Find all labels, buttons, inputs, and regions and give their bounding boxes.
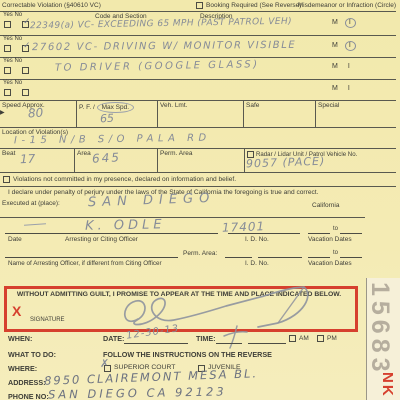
yes-checkbox-4[interactable] (4, 89, 11, 96)
divider (0, 79, 396, 80)
divider (0, 186, 396, 187)
yes-no-label: Yes No (3, 80, 22, 87)
divider (0, 57, 396, 58)
not-committed-label: Violations not committed in my presence,… (13, 176, 236, 183)
address-label: ADDRESS: (8, 378, 46, 387)
divider (244, 148, 245, 172)
violation-3-handwriting: TO DRIVER (GOOGLE GLASS) (55, 59, 260, 74)
violation-1-handwriting: 22349(a) VC- EXCEEDING 65 MPH (PAST PATR… (30, 17, 292, 32)
divider (76, 100, 77, 127)
divider (74, 148, 75, 172)
am-label: AM (299, 335, 309, 342)
safe-label: Safe (246, 102, 259, 109)
perm-area-label-2: Perm. Area: (183, 250, 217, 257)
when-label: WHEN: (8, 334, 32, 343)
signature-line[interactable] (5, 233, 218, 234)
phone-row-handwriting: SAN DIEGO CA 92123 (48, 384, 227, 400)
special-label: Special (318, 102, 339, 109)
to-label: to (333, 226, 338, 233)
vacation-line-2[interactable] (340, 233, 362, 234)
signature-x-mark: X (12, 303, 21, 319)
divider (157, 100, 158, 127)
signature-label: SIGNATURE (30, 317, 65, 324)
divider (315, 100, 316, 127)
location-value: I-15 N/B S/O PALA RD (14, 133, 211, 147)
date-label: Date (8, 236, 22, 243)
to-label-2: to (333, 250, 338, 257)
correctable-violation-label: Correctable Violation (§40610 VC) (2, 2, 101, 9)
phone-label: PHONE NO: (8, 392, 49, 400)
citation-number: 15683 (366, 282, 394, 374)
executed-at-label: Executed at (place): (2, 200, 60, 207)
pencil-dash (24, 223, 46, 226)
am-checkbox[interactable] (289, 335, 296, 342)
perm-area-line-1[interactable] (225, 257, 252, 258)
date-line[interactable] (124, 343, 188, 344)
pm-checkbox[interactable] (317, 335, 324, 342)
citing-officer-value: K. ODLE (85, 217, 166, 233)
divider (0, 148, 396, 149)
misdemeanor-infraction-marks-4: MI (332, 85, 354, 92)
arresting-officer-line[interactable] (5, 257, 178, 258)
divider (0, 100, 396, 101)
no-checkbox-3[interactable] (22, 67, 29, 74)
yes-checkbox-2[interactable] (4, 45, 11, 52)
divider (243, 100, 244, 127)
time-line-1[interactable] (216, 343, 242, 344)
citation-form: Correctable Violation (§40610 VC) Bookin… (0, 0, 400, 400)
speed-approx-value: 80 (28, 105, 44, 120)
divider (0, 172, 396, 173)
arresting-officer-label: Name of Arresting Officer, if different … (8, 260, 162, 267)
infraction-circled-2: I (345, 41, 356, 51)
divider (0, 11, 396, 12)
perm-area-label: Perm. Area (160, 150, 193, 157)
yes-no-label: Yes No (3, 12, 22, 19)
divider (0, 127, 396, 128)
arresting-citing-officer-label: Arresting or Citing Officer (65, 236, 138, 243)
no-checkmark-2: ✓ (23, 41, 31, 51)
area-label: Area (77, 150, 91, 157)
booking-required-checkbox[interactable] (196, 2, 203, 9)
vacation-dates-label: Vacation Dates (308, 236, 352, 243)
where-label: WHERE: (8, 364, 37, 373)
yes-no-label: Yes No (3, 36, 22, 43)
date-field-label: DATE: (103, 334, 124, 343)
area-value: 645 (92, 150, 122, 165)
divider (0, 217, 365, 218)
id-line[interactable] (228, 233, 300, 234)
yes-checkbox-3[interactable] (4, 67, 11, 74)
beat-value: 17 (20, 152, 36, 167)
vacation-line-3[interactable] (308, 257, 330, 258)
beat-label: Beat (2, 150, 15, 157)
yes-checkbox-1[interactable] (4, 21, 11, 28)
perm-area-line-2[interactable] (258, 257, 302, 258)
divider (0, 35, 396, 36)
pf-value: 65 (100, 112, 115, 126)
radar-lidar-value: 9057 (PACE) (246, 155, 326, 171)
what-to-do-label: WHAT TO DO: (8, 350, 56, 359)
vacation-line-1[interactable] (308, 233, 330, 234)
yes-no-label: Yes No (3, 58, 22, 65)
state-label: California (312, 202, 339, 209)
superior-court-mark: ✗ (100, 357, 109, 370)
misdemeanor-infraction-label: Misdemeanor or Infraction (Circle) (298, 2, 396, 9)
vacation-line-4[interactable] (340, 257, 362, 258)
misdemeanor-infraction-marks-2: MI (332, 41, 356, 51)
executed-place-value: SAN DIEGO (88, 191, 216, 210)
time-field-label: TIME: (196, 334, 216, 343)
booking-required-label: Booking Required (See Reverse) (206, 2, 301, 9)
citation-code: NK (378, 372, 396, 398)
no-checkbox-4[interactable] (22, 89, 29, 96)
divider (157, 148, 158, 172)
pm-label: PM (327, 335, 337, 342)
veh-lmt-label: Veh. Lmt. (160, 102, 187, 109)
violation-2-handwriting: 27602 VC- DRIVING W/ MONITOR VISIBLE (32, 40, 296, 53)
id-no-label-2: I. D. No. (245, 260, 269, 267)
id-no-label: I. D. No. (245, 236, 269, 243)
infraction-circled-1: I (345, 18, 356, 28)
misdemeanor-infraction-marks-1: MI (332, 18, 356, 28)
pointer-icon: ▶ (0, 109, 5, 116)
vacation-dates-label-2: Vacation Dates (308, 260, 352, 267)
what-to-do-value: FOLLOW THE INSTRUCTIONS ON THE REVERSE (103, 350, 272, 359)
misdemeanor-infraction-marks-3: MI (332, 63, 354, 70)
not-committed-checkbox[interactable] (3, 176, 10, 183)
time-scrawl (222, 325, 248, 349)
time-line-2[interactable] (248, 343, 286, 344)
